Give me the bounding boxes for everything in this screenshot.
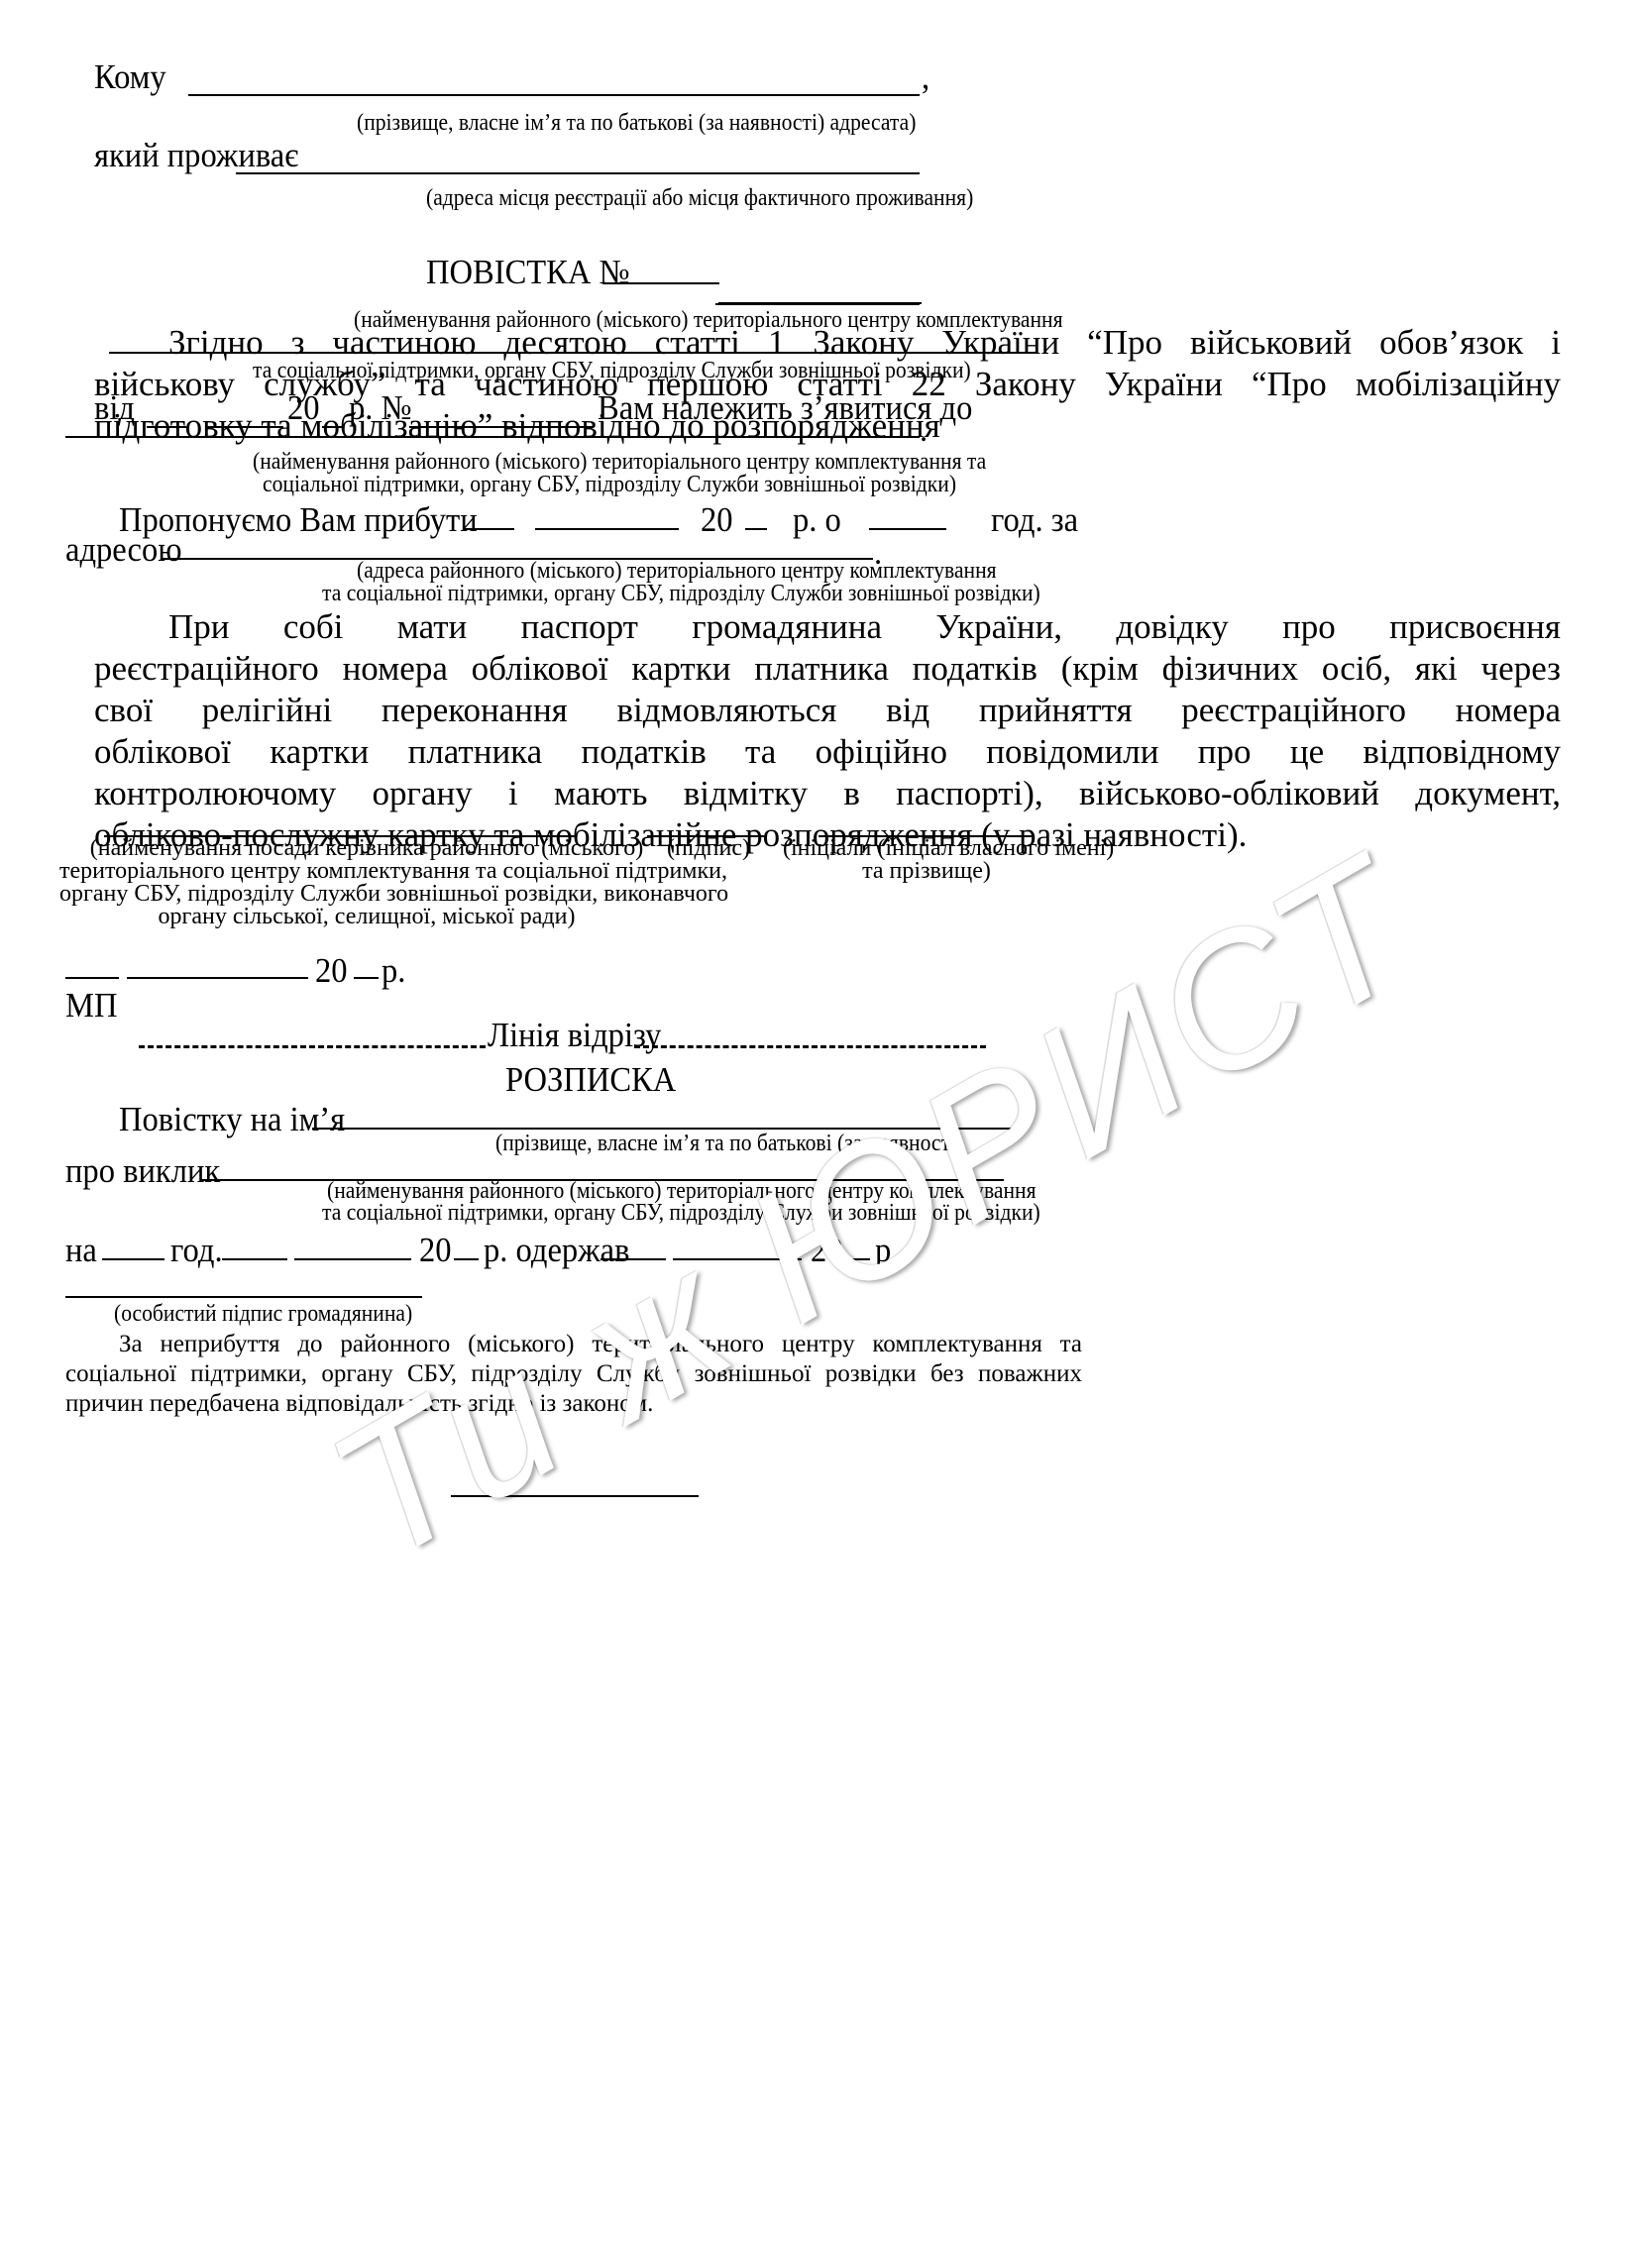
receipt-name-label: Повістку на ім’я xyxy=(119,1100,345,1139)
arrival-year-field[interactable] xyxy=(745,498,767,530)
report-to-dot: . xyxy=(920,410,928,450)
residence-caption: (адреса місця реєстрації або місця факти… xyxy=(426,184,973,212)
receipt-day-field[interactable] xyxy=(222,1229,287,1260)
addressee-field[interactable] xyxy=(188,64,920,96)
receipt-month-field[interactable] xyxy=(294,1229,411,1260)
initials-caption: (ініціали (ініціал власного імені) та пр… xyxy=(783,837,1070,883)
cut-line-right xyxy=(634,1021,986,1048)
issue-year-prefix: 20 xyxy=(315,951,348,991)
address-caption-2: та соціальної підтримки, органу СБУ, під… xyxy=(322,580,1040,607)
documents-line-3: свої релігійні переконання відмовляються… xyxy=(94,691,1561,729)
position-field[interactable] xyxy=(104,808,577,837)
summons-number-field[interactable] xyxy=(602,253,719,284)
initials-field[interactable] xyxy=(819,808,1032,837)
receipt-hours-label: год. xyxy=(170,1231,223,1270)
receipt-hours-field[interactable] xyxy=(102,1229,164,1260)
issue-day-field[interactable] xyxy=(65,949,119,979)
receipt-title: РОЗПИСКА xyxy=(505,1060,676,1100)
addressee-label: Кому xyxy=(94,57,166,97)
addressee-caption: (прізвище, власне ім’я та по батькові (з… xyxy=(357,109,916,137)
report-to-caption-2: соціальної підтримки, органу СБУ, підроз… xyxy=(263,471,956,498)
arrival-day-field[interactable] xyxy=(463,498,514,530)
issue-month-field[interactable] xyxy=(127,949,308,979)
position-caption: (найменування посади керівника районного… xyxy=(59,837,674,928)
receipt-year1-prefix: 20 xyxy=(419,1231,452,1270)
arrival-hours-label: год. за xyxy=(991,500,1078,540)
personal-signature-field[interactable] xyxy=(65,1268,422,1298)
personal-signature-caption: (особистий підпис громадянина) xyxy=(114,1300,412,1328)
cut-line-left xyxy=(139,1021,486,1048)
arrival-month-field[interactable] xyxy=(535,498,679,530)
page-title: ПОВІСТКА № xyxy=(426,253,630,292)
receipt-call-label: про виклик xyxy=(65,1151,220,1191)
order-caption-2: та соціальної підтримки, органу СБУ, під… xyxy=(253,357,971,384)
order-name-field[interactable] xyxy=(715,273,920,305)
receipt-time-na: на xyxy=(65,1231,97,1270)
arrival-address-field[interactable] xyxy=(162,528,873,560)
signature-caption: (підпис) xyxy=(644,837,773,860)
report-to-field[interactable] xyxy=(65,406,920,438)
arrival-time-field[interactable] xyxy=(869,498,946,530)
signature-field[interactable] xyxy=(647,808,766,837)
documents-line-1: При собі мати паспорт громадянина Україн… xyxy=(168,607,1561,646)
receipt-year1-field[interactable] xyxy=(454,1229,479,1260)
stamp-label: МП xyxy=(65,986,117,1026)
documents-line-4: облікової картки платника податків та оф… xyxy=(94,732,1561,771)
order-name-field-continued[interactable] xyxy=(109,322,1036,354)
documents-line-2: реєстраційного номера облікової картки п… xyxy=(94,649,1561,688)
issue-year-suffix: р. xyxy=(382,951,405,991)
addressee-comma: , xyxy=(922,57,929,97)
residence-field[interactable] xyxy=(236,144,920,174)
issue-year-field[interactable] xyxy=(354,949,379,979)
